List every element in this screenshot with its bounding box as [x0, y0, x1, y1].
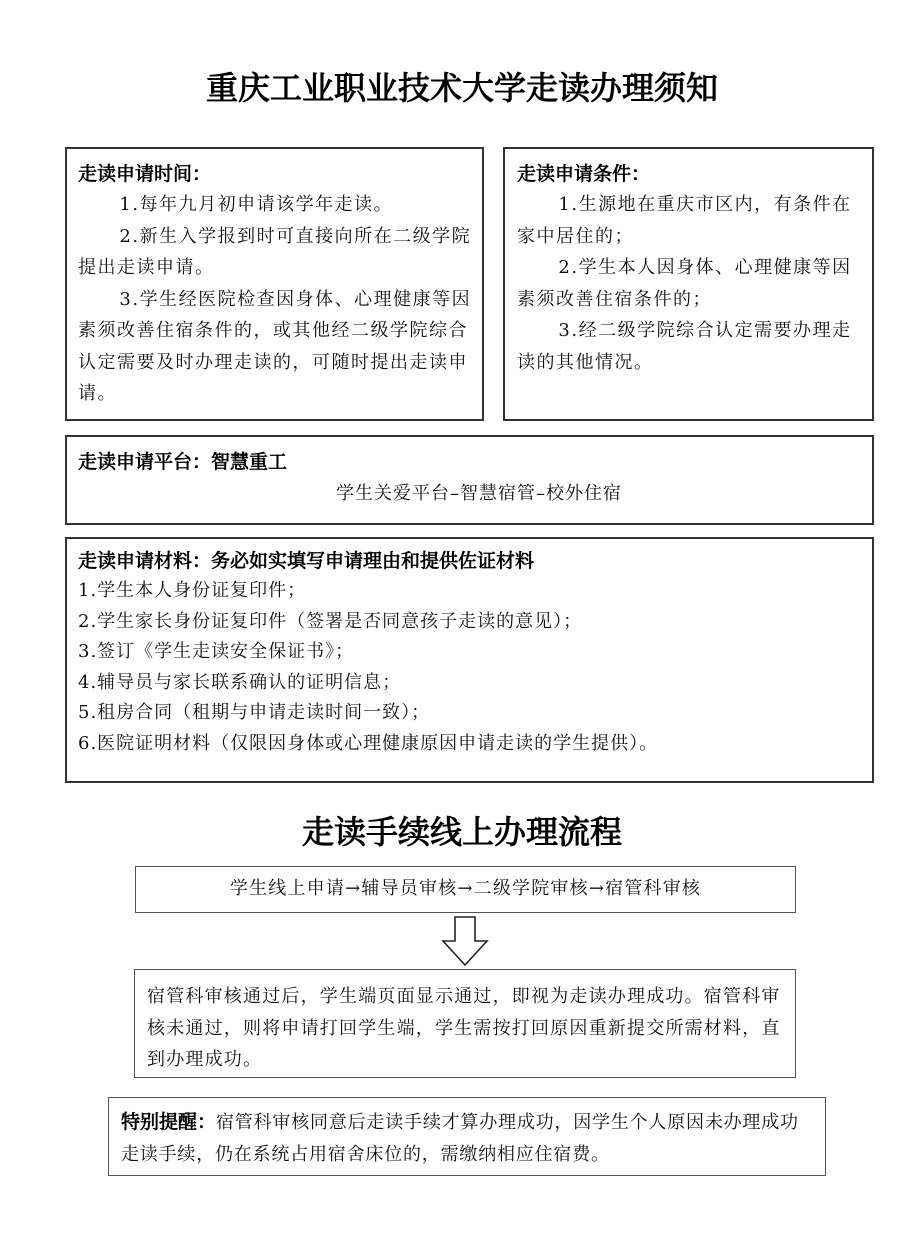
special-notice-paragraph: 特别提醒：宿管科审核同意后走读手续才算办理成功，因学生个人原因未办理成功走读手续… — [121, 1107, 817, 1170]
application-platform-heading: 走读申请平台：智慧重工 — [78, 447, 860, 477]
material-item: 5.租房合同（租期与申请走读时间一致）； — [78, 698, 862, 729]
special-notice-box: 特别提醒：宿管科审核同意后走读手续才算办理成功，因学生个人原因未办理成功走读手续… — [108, 1097, 826, 1176]
material-item: 1.学生本人身份证复印件； — [78, 576, 862, 607]
application-time-heading: 走读申请时间： — [78, 159, 472, 189]
application-condition-item: 1.生源地在重庆市区内，有条件在家中居住的； — [517, 189, 862, 252]
application-condition-item: 3.经二级学院综合认定需要办理走读的其他情况。 — [517, 315, 862, 378]
application-time-box: 走读申请时间： 1.每年九月初申请该学年走读。 2.新生入学报到时可直接向所在二… — [65, 147, 484, 421]
application-conditions-box: 走读申请条件： 1.生源地在重庆市区内，有条件在家中居住的； 2.学生本人因身体… — [503, 147, 874, 421]
application-materials-heading: 走读申请材料：务必如实填写申请理由和提供佐证材料 — [78, 546, 862, 576]
material-item: 3.签订《学生走读安全保证书》； — [78, 637, 862, 668]
process-title: 走读手续线上办理流程 — [0, 808, 924, 856]
application-conditions-heading: 走读申请条件： — [517, 159, 862, 189]
document-title: 重庆工业职业技术大学走读办理须知 — [0, 64, 924, 112]
application-condition-item: 2.学生本人因身体、心理健康等因素须改善住宿条件的； — [517, 252, 862, 315]
process-result-text: 宿管科审核通过后，学生端页面显示通过，即视为走读办理成功。宿管科审核未通过，则将… — [147, 981, 785, 1076]
application-materials-box: 走读申请材料：务必如实填写申请理由和提供佐证材料 1.学生本人身份证复印件； 2… — [65, 537, 874, 783]
application-time-item: 3.学生经医院检查因身体、心理健康等因素须改善住宿条件的，或其他经二级学院综合认… — [78, 284, 472, 410]
special-notice-text: 宿管科审核同意后走读手续才算办理成功，因学生个人原因未办理成功走读手续，仍在系统… — [121, 1112, 799, 1165]
platform-navigation-path: 学生关爱平台–智慧宿管–校外住宿 — [78, 477, 860, 511]
material-item: 2.学生家长身份证复印件（签署是否同意孩子走读的意见）； — [78, 607, 862, 638]
process-steps-box: 学生线上申请→辅导员审核→二级学院审核→宿管科审核 — [135, 866, 796, 913]
process-steps-text: 学生线上申请→辅导员审核→二级学院审核→宿管科审核 — [136, 867, 795, 911]
special-notice-label: 特别提醒： — [121, 1111, 216, 1133]
material-item: 4.辅导员与家长联系确认的证明信息； — [78, 668, 862, 699]
application-time-item: 1.每年九月初申请该学年走读。 — [78, 189, 472, 221]
down-arrow-icon — [441, 915, 489, 967]
application-time-item: 2.新生入学报到时可直接向所在二级学院提出走读申请。 — [78, 221, 472, 284]
material-item: 6.医院证明材料（仅限因身体或心理健康原因申请走读的学生提供）。 — [78, 729, 862, 760]
application-platform-box: 走读申请平台：智慧重工 学生关爱平台–智慧宿管–校外住宿 — [65, 435, 874, 525]
process-result-box: 宿管科审核通过后，学生端页面显示通过，即视为走读办理成功。宿管科审核未通过，则将… — [134, 969, 796, 1078]
